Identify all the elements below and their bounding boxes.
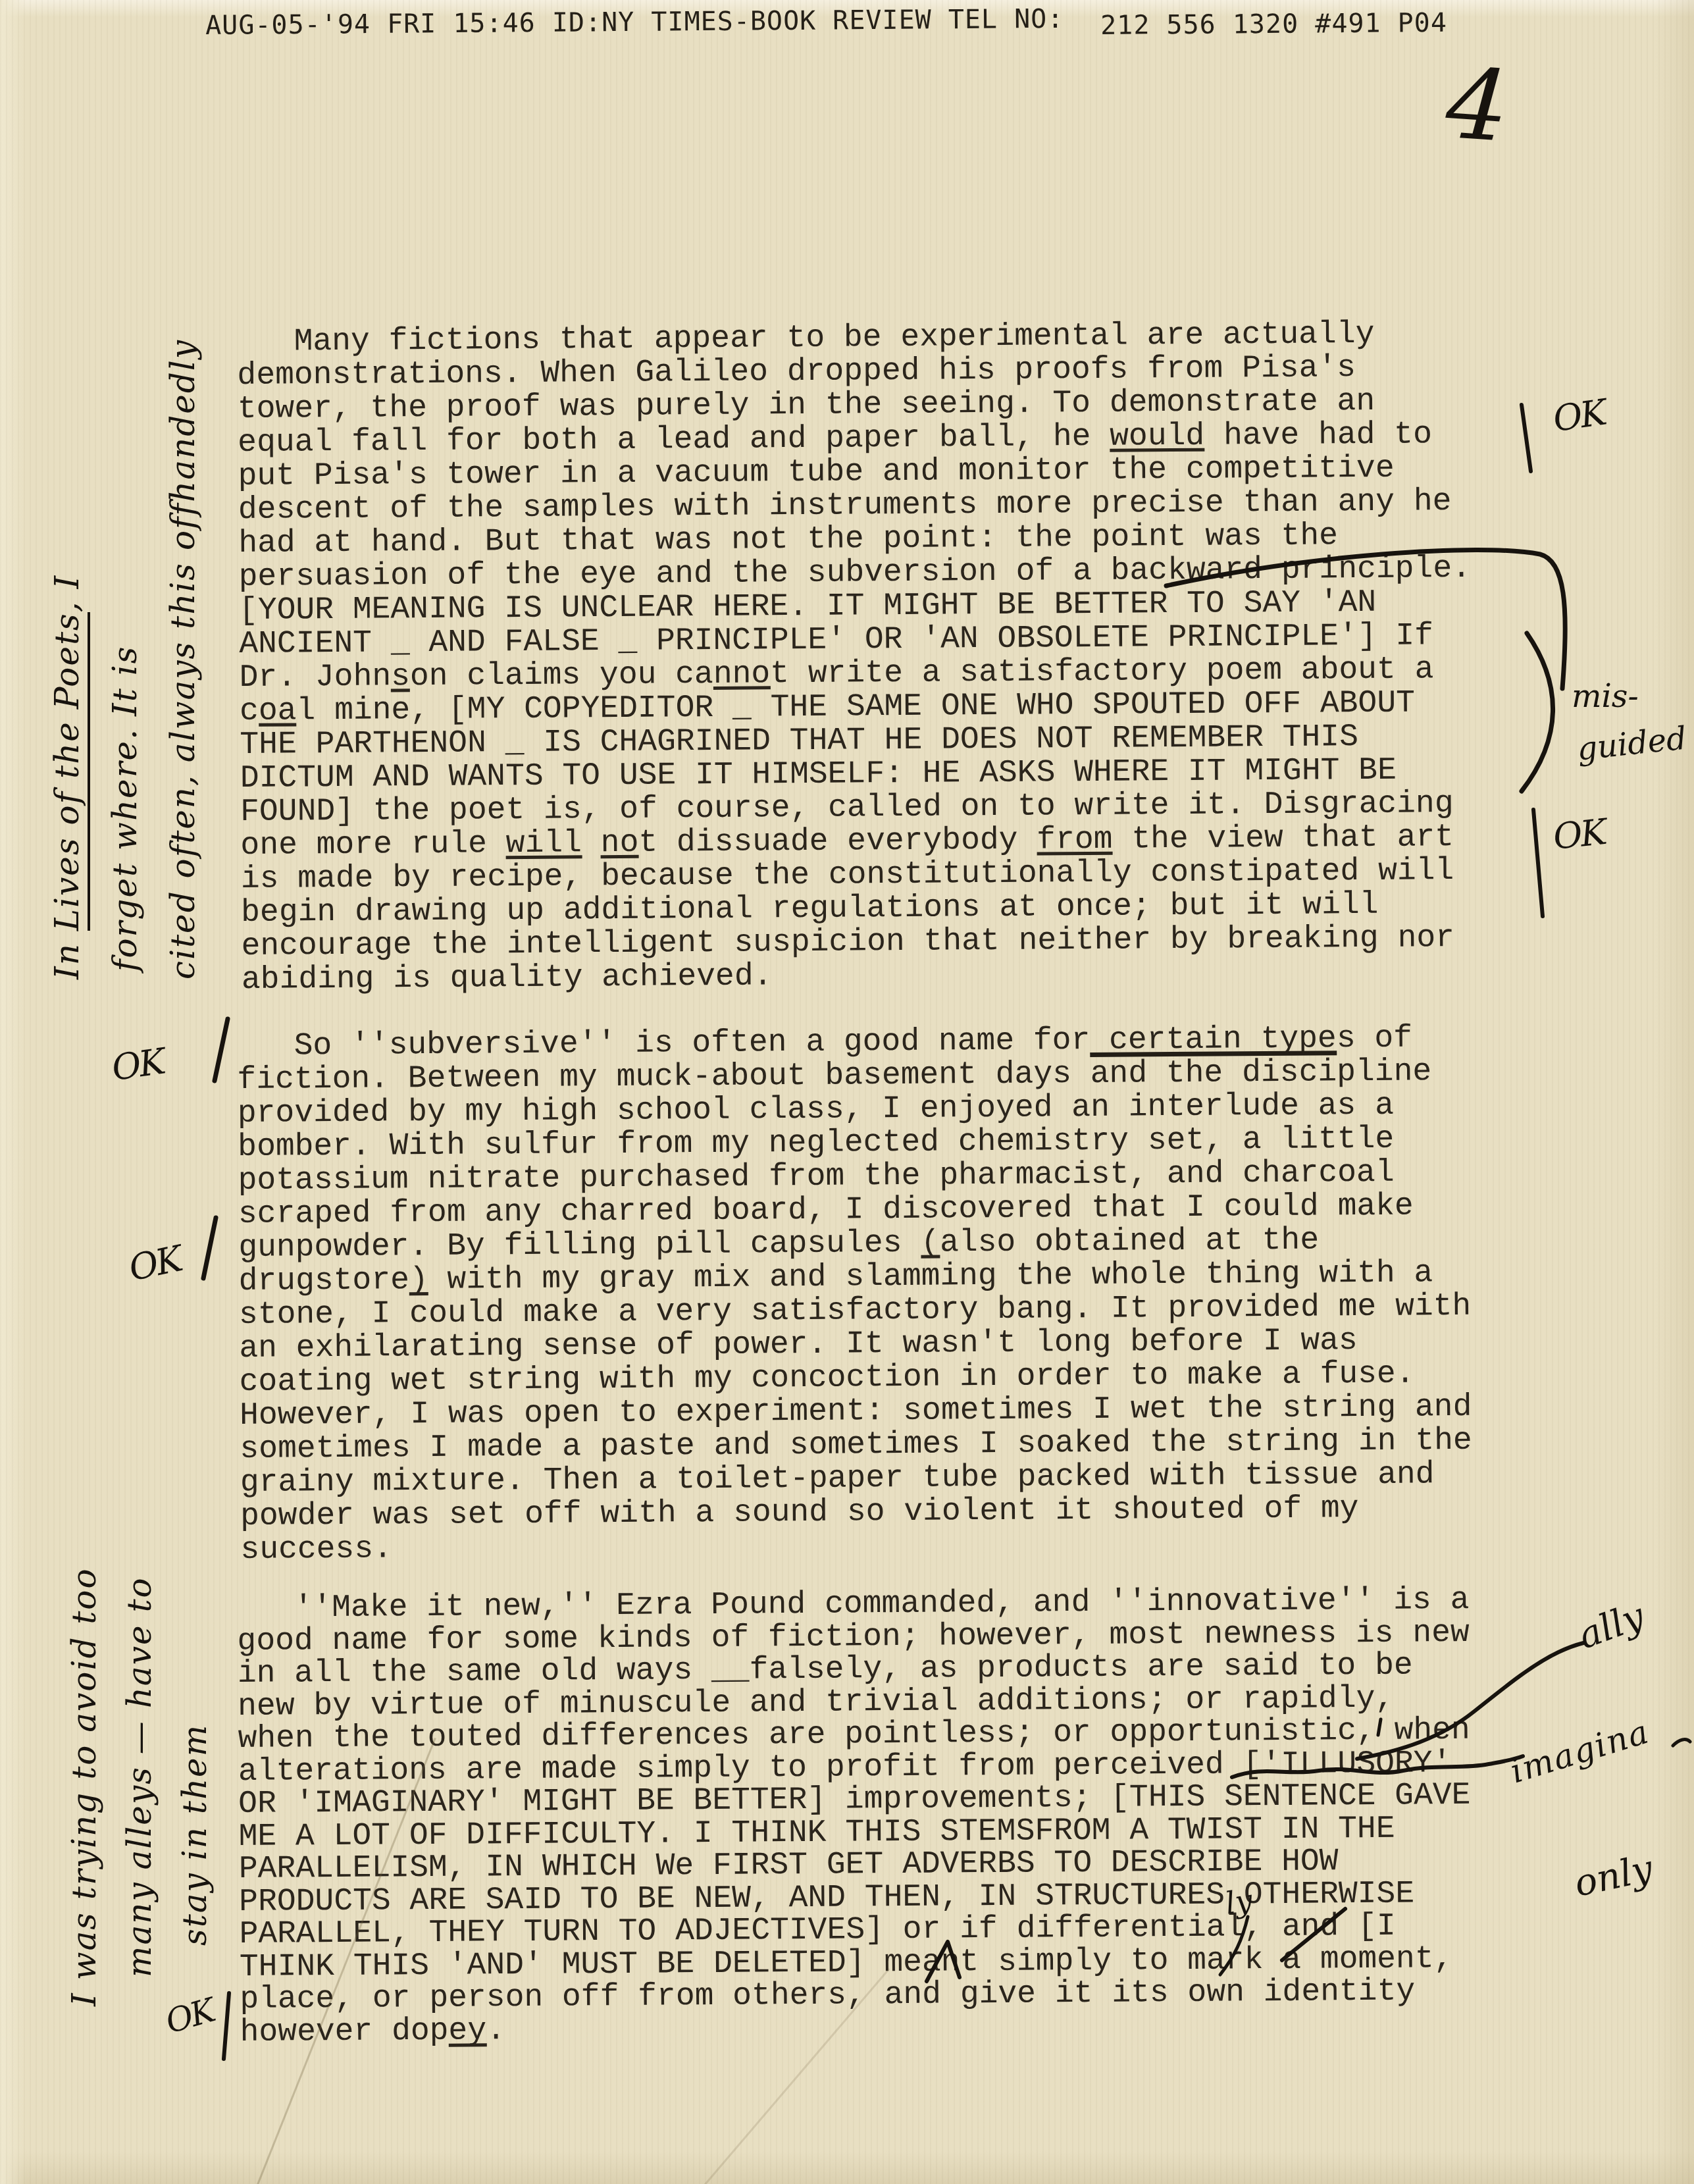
margin-note-line: I was trying to avoid too — [57, 1420, 112, 2006]
underlined-title: Lives of the Poets — [48, 612, 90, 931]
fax-page: AUG-05-'94 FRI 15:46 ID:NY TIMES-BOOK RE… — [0, 0, 1694, 2184]
emphasis-underline-s — [391, 689, 410, 692]
emphasis-underline-will — [506, 855, 582, 859]
margin-note-avoid-alleys: I was trying to avoid too many alleys — … — [57, 1420, 221, 2006]
emphasis-underline-( — [921, 1255, 940, 1259]
margin-note-line: cited often, always this offhandedly — [154, 255, 212, 979]
emphasis-underline-ey — [449, 2043, 487, 2046]
ok-tick-bottom — [224, 1993, 229, 2059]
emphasis-underline-would — [1110, 448, 1205, 452]
margin-note-line: stay in them — [167, 1420, 222, 2006]
ok-annotation-left-2: OK — [125, 1238, 184, 1289]
ally-insert-annotation: ally — [1573, 1595, 1650, 1658]
ok-annotation-right-2: OK — [1551, 811, 1607, 858]
margin-note-line: many alleys — have to — [112, 1420, 167, 2006]
ly-insert-annotation: ly — [1223, 1882, 1254, 1921]
ok-annotation-left-1: OK — [109, 1041, 167, 1089]
emphasis-underline-) — [409, 1292, 428, 1295]
typed-paragraph-2: So ''subversive'' is often a good name f… — [237, 1021, 1544, 1567]
ok-tick-left-2 — [203, 1218, 216, 1278]
emphasis-underline-no — [601, 855, 639, 858]
fax-header-right: 212 556 1320 #491 P04 — [1100, 8, 1447, 41]
typed-paragraph-1: Many fictions that appear to be experime… — [237, 317, 1545, 997]
misguided-annotation-line2: guided — [1576, 719, 1689, 767]
fax-header-left: AUG-05-'94 FRI 15:46 ID:NY TIMES-BOOK RE… — [205, 4, 1064, 41]
emphasis-underline-not — [713, 686, 770, 690]
typed-paragraph-3: ''Make it new,'' Ezra Pound commanded, a… — [237, 1584, 1543, 2049]
margin-note-line: forget where. It is — [96, 255, 154, 979]
emphasis-underline-oa — [259, 723, 297, 726]
imagina-tail — [1673, 1740, 1690, 1746]
only-annotation: only — [1571, 1847, 1656, 1905]
misguided-annotation-line1: mis- — [1572, 678, 1639, 715]
handwritten-page-number: 4 — [1443, 47, 1512, 164]
margin-note-line: In Lives of the Poets, I — [38, 255, 96, 979]
ok-annotation-right-1: OK — [1551, 392, 1608, 440]
typed-line: abiding is quality achieved. — [242, 954, 1545, 997]
emphasis-underline-from — [1037, 852, 1113, 856]
ok-tick-left-1 — [215, 1019, 228, 1081]
typed-line: however dopey. — [240, 2008, 1543, 2049]
margin-note-lives-of-the-poets: In Lives of the Poets, I forget where. I… — [38, 255, 212, 979]
